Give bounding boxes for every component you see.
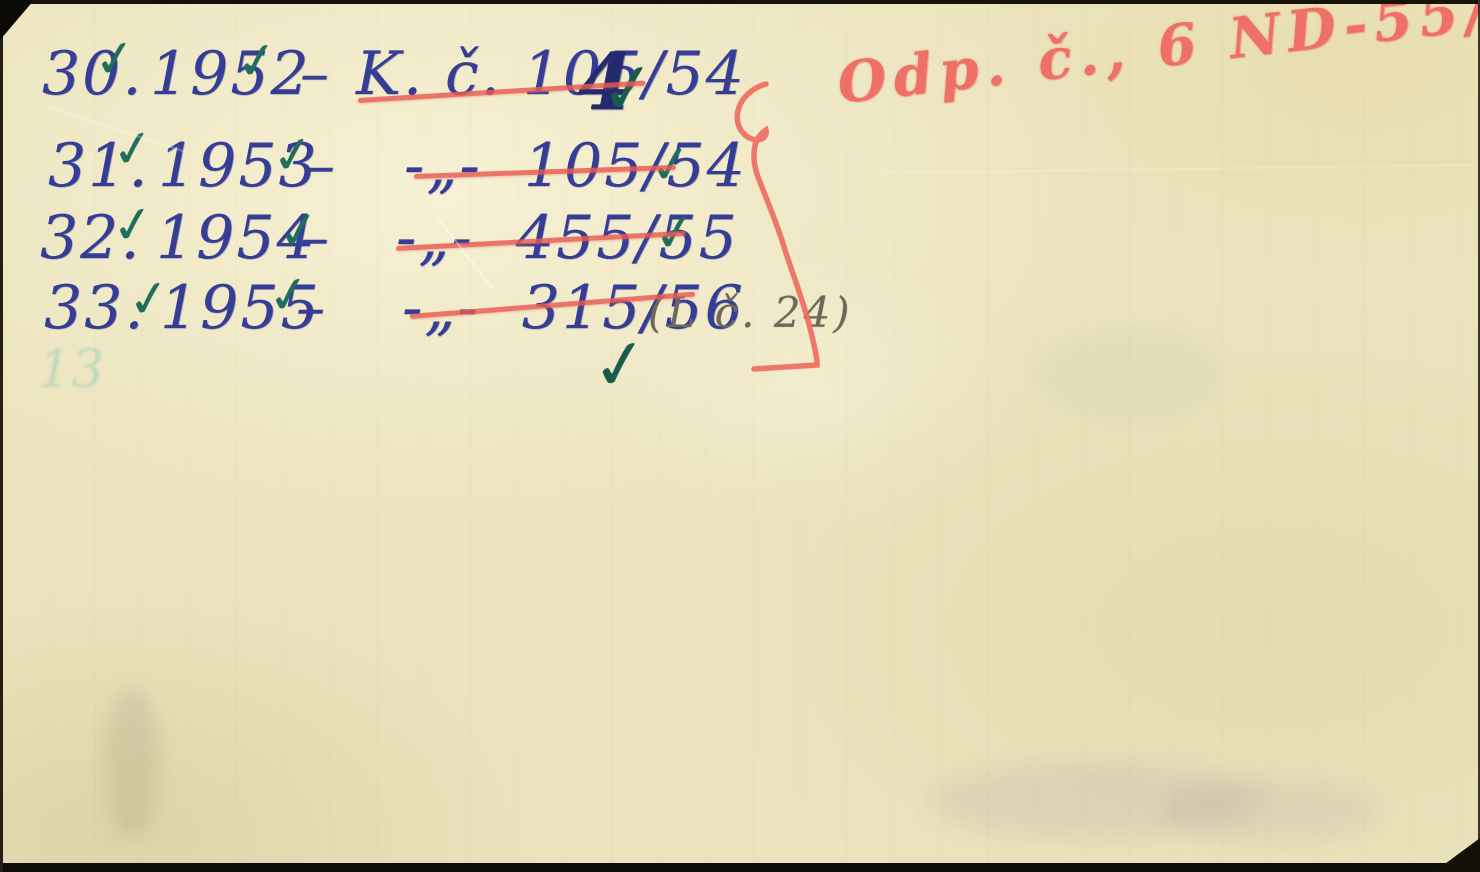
scan-corner <box>0 0 34 40</box>
scan-edge <box>0 863 1480 872</box>
entry-separator: – <box>300 44 331 102</box>
paper-stain <box>930 762 1260 838</box>
paper-stain <box>104 688 160 838</box>
red-brace <box>708 78 838 373</box>
scanned-index-card: 30. ✓ 1952 ✓ – K. č. 105/54 4 ✓ 31. ✓ 19… <box>0 0 1480 872</box>
checkmark-icon: ✓ <box>91 31 139 86</box>
checkmark-icon: ✓ <box>109 197 157 252</box>
entry-separator: – <box>306 136 337 194</box>
scan-edge <box>0 0 3 872</box>
entry-year: 1952 <box>150 44 311 104</box>
entry-reference: -„- 105/54 <box>404 136 747 196</box>
paper-stain <box>1160 778 1380 842</box>
checkmark-icon: ✓ <box>233 33 281 88</box>
scan-edge <box>0 0 1480 4</box>
entry-separator: – <box>296 278 327 336</box>
ghost-mark: 13 <box>38 340 104 400</box>
checkmark-icon: ✓ <box>596 52 662 127</box>
entry-separator: – <box>300 208 331 266</box>
scan-corner <box>1434 838 1480 872</box>
checkmark-icon: ✓ <box>588 328 654 403</box>
